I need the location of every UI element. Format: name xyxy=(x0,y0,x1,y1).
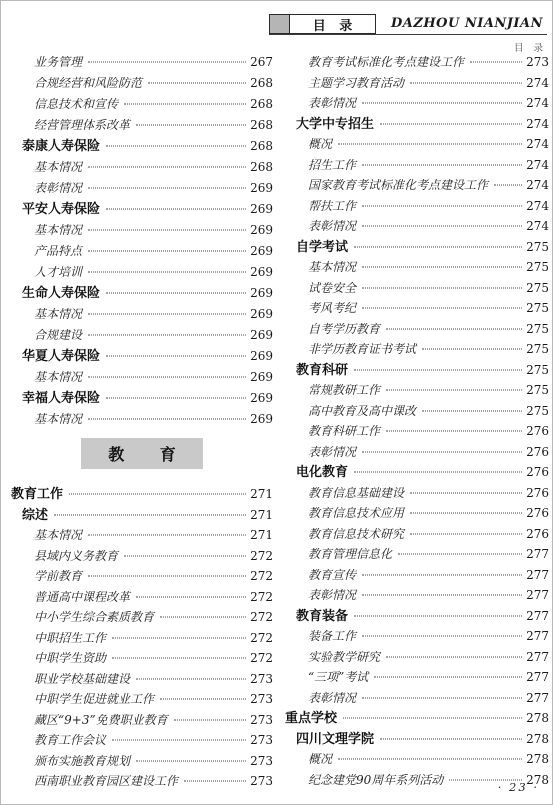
toc-entry: 中职学生资助 272 xyxy=(11,649,273,670)
dot-leader xyxy=(422,349,522,350)
entry-page-number: 268 xyxy=(250,116,273,135)
toc-box-title: 目 录 xyxy=(290,15,375,33)
dot-leader xyxy=(106,356,246,357)
entry-title: 中职学生资助 xyxy=(34,649,106,668)
entry-page-number: 268 xyxy=(250,74,273,93)
entry-page-number: 276 xyxy=(526,443,549,462)
entry-title: 学前教育 xyxy=(34,567,82,586)
entry-page-number: 274 xyxy=(526,115,549,134)
toc-entry: 主题学习教育活动 274 xyxy=(285,74,549,95)
dot-leader xyxy=(88,535,246,536)
entry-page-number: 271 xyxy=(250,506,273,525)
toc-entry: 普通高中课程改革 272 xyxy=(11,588,273,609)
header-gray-square xyxy=(270,15,290,33)
entry-page-number: 278 xyxy=(526,709,549,728)
entry-title: 教育工作 xyxy=(11,485,63,504)
entry-title: 产品特点 xyxy=(34,242,82,261)
running-head: 目 录 xyxy=(514,40,543,54)
toc-entry: 表彰情况 277 xyxy=(285,689,549,710)
toc-column-right: 教育考试标准化考点建设工作 273 主题学习教育活动 274 表彰情况 274 … xyxy=(285,53,549,791)
dot-leader xyxy=(494,185,522,186)
dot-leader xyxy=(184,781,246,782)
dot-leader xyxy=(88,576,246,577)
dot-leader xyxy=(112,637,246,638)
dot-leader xyxy=(106,293,246,294)
entry-title: 电化教育 xyxy=(296,463,348,482)
dot-leader xyxy=(374,677,522,678)
entry-page-number: 269 xyxy=(250,389,273,408)
entry-title: 主题学习教育活动 xyxy=(308,74,404,93)
toc-entry: 教育工作 271 xyxy=(11,485,273,506)
dot-leader xyxy=(362,103,522,104)
entry-title: 县域内义务教育 xyxy=(34,547,118,566)
dot-leader xyxy=(362,308,522,309)
toc-entry: 综述 271 xyxy=(11,506,273,527)
entry-page-number: 269 xyxy=(250,410,273,429)
toc-entry: 经营管理体系改革 268 xyxy=(11,116,273,137)
toc-entry: 国家教育考试标准化考点建设工作 274 xyxy=(285,176,549,197)
toc-entry: 业务管理 267 xyxy=(11,53,273,74)
entry-title: 教育装备 xyxy=(296,607,348,626)
entry-page-number: 274 xyxy=(526,94,549,113)
toc-header-box: 目 录 xyxy=(269,14,376,34)
entry-title: 表彰情况 xyxy=(308,443,356,462)
dot-leader xyxy=(362,164,522,165)
entry-page-number: 277 xyxy=(526,648,549,667)
toc-list-education-left: 教育工作 271 综述 271 基本情况 271 县域内义务教育 272 学前教 xyxy=(11,485,273,793)
entry-page-number: 268 xyxy=(250,158,273,177)
entry-page-number: 274 xyxy=(526,135,549,154)
entry-page-number: 269 xyxy=(250,305,273,324)
entry-title: 泰康人寿保险 xyxy=(22,137,100,156)
dot-leader xyxy=(362,205,522,206)
entry-page-number: 274 xyxy=(526,156,549,175)
entry-title: 纪念建党90周年系列活动 xyxy=(308,771,443,790)
entry-page-number: 273 xyxy=(526,53,549,72)
toc-entry: 泰康人寿保险 268 xyxy=(11,137,273,158)
toc-entry: 中小学生综合素质教育 272 xyxy=(11,608,273,629)
entry-title: 颁布实施教育规划 xyxy=(34,752,130,771)
entry-title: 平安人寿保险 xyxy=(22,200,100,219)
toc-entry: 试卷安全 275 xyxy=(285,279,549,300)
entry-page-number: 272 xyxy=(250,649,273,668)
toc-entry: 中职学生促进就业工作 273 xyxy=(11,690,273,711)
entry-title: 表彰情况 xyxy=(308,689,356,708)
entry-page-number: 269 xyxy=(250,221,273,240)
entry-title: 招生工作 xyxy=(308,156,356,175)
dot-leader xyxy=(174,719,246,720)
dot-leader xyxy=(136,760,246,761)
entry-page-number: 277 xyxy=(526,545,549,564)
entry-title: 重点学校 xyxy=(285,709,337,728)
entry-title: 国家教育考试标准化考点建设工作 xyxy=(308,176,488,195)
toc-entry: 华夏人寿保险 269 xyxy=(11,347,273,368)
entry-title: 教育工作会议 xyxy=(34,731,106,750)
dot-leader xyxy=(362,267,522,268)
toc-entry: 教育考试标准化考点建设工作 273 xyxy=(285,53,549,74)
entry-title: 人才培训 xyxy=(34,263,82,282)
entry-page-number: 271 xyxy=(250,526,273,545)
dot-leader xyxy=(88,419,246,420)
toc-entry: 概况 274 xyxy=(285,135,549,156)
toc-entry: 藏区“9+3”免费职业教育 273 xyxy=(11,711,273,732)
entry-page-number: 268 xyxy=(250,137,273,156)
toc-entry: 基本情况 271 xyxy=(11,526,273,547)
toc-entry: 表彰情况 274 xyxy=(285,217,549,238)
dot-leader xyxy=(386,390,522,391)
toc-entry: 教育装备 277 xyxy=(285,607,549,628)
dot-leader xyxy=(88,62,246,63)
toc-entry: 基本情况 275 xyxy=(285,258,549,279)
dot-leader xyxy=(362,697,522,698)
entry-title: 教育科研工作 xyxy=(308,422,380,441)
entry-page-number: 271 xyxy=(250,485,273,504)
entry-title: 基本情况 xyxy=(34,526,82,545)
entry-page-number: 269 xyxy=(250,326,273,345)
dot-leader xyxy=(410,533,522,534)
dot-leader xyxy=(354,615,522,616)
toc-entry: 信息技术和宣传 268 xyxy=(11,95,273,116)
dot-leader xyxy=(136,596,246,597)
entry-title: 表彰情况 xyxy=(308,586,356,605)
dot-leader xyxy=(54,514,246,515)
entry-title: 教育科研 xyxy=(296,361,348,380)
entry-title: 试卷安全 xyxy=(308,279,356,298)
toc-entry: 合规经营和风险防范 268 xyxy=(11,74,273,95)
toc-entry: 教育管理信息化 277 xyxy=(285,545,549,566)
entry-page-number: 272 xyxy=(250,567,273,586)
entry-title: 教育信息技术应用 xyxy=(308,504,404,523)
entry-title: 普通高中课程改革 xyxy=(34,588,130,607)
entry-title: 综述 xyxy=(22,506,48,525)
entry-title: 自学考试 xyxy=(296,238,348,257)
dot-leader xyxy=(136,125,246,126)
entry-title: 概况 xyxy=(308,135,332,154)
toc-entry: 县域内义务教育 272 xyxy=(11,547,273,568)
toc-entry: 招生工作 274 xyxy=(285,156,549,177)
entry-page-number: 277 xyxy=(526,607,549,626)
entry-page-number: 277 xyxy=(526,668,549,687)
dot-leader xyxy=(362,451,522,452)
entry-page-number: 277 xyxy=(526,689,549,708)
toc-entry: 教育信息基础建设 276 xyxy=(285,484,549,505)
toc-entry: 表彰情况 269 xyxy=(11,179,273,200)
dot-leader xyxy=(88,167,246,168)
toc-entry: 幸福人寿保险 269 xyxy=(11,389,273,410)
entry-title: 基本情况 xyxy=(34,368,82,387)
dot-leader xyxy=(354,246,522,247)
dot-leader xyxy=(88,230,246,231)
entry-page-number: 276 xyxy=(526,484,549,503)
dot-leader xyxy=(380,123,522,124)
entry-title: “三项”考试 xyxy=(308,668,368,687)
dot-leader xyxy=(380,738,522,739)
toc-list-insurance: 业务管理 267 合规经营和风险防范 268 信息技术和宣传 268 经营管理体… xyxy=(11,53,273,431)
entry-title: 高中教育及高中课改 xyxy=(308,402,416,421)
dot-leader xyxy=(338,144,522,145)
dot-leader xyxy=(470,62,522,63)
toc-entry: 基本情况 269 xyxy=(11,368,273,389)
entry-page-number: 275 xyxy=(526,238,549,257)
entry-title: 职业学校基础建设 xyxy=(34,670,130,689)
entry-page-number: 277 xyxy=(526,627,549,646)
toc-entry: 高中教育及高中课改 275 xyxy=(285,402,549,423)
entry-title: 装备工作 xyxy=(308,627,356,646)
dot-leader xyxy=(88,377,246,378)
entry-page-number: 275 xyxy=(526,340,549,359)
dot-leader xyxy=(398,554,522,555)
entry-page-number: 277 xyxy=(526,586,549,605)
entry-page-number: 273 xyxy=(250,752,273,771)
dot-leader xyxy=(410,513,522,514)
entry-title: 藏区“9+3”免费职业教育 xyxy=(34,711,168,730)
entry-title: 基本情况 xyxy=(34,410,82,429)
entry-title: 基本情况 xyxy=(34,221,82,240)
scanned-toc-page: 目 录 DAZHOU NIANJIAN 目 录 业务管理 267 合规经营和风险… xyxy=(0,0,553,805)
toc-entry: 基本情况 269 xyxy=(11,305,273,326)
entry-title: 表彰情况 xyxy=(34,179,82,198)
entry-title: 教育宣传 xyxy=(308,566,356,585)
dot-leader xyxy=(386,431,522,432)
entry-page-number: 273 xyxy=(250,711,273,730)
entry-page-number: 269 xyxy=(250,200,273,219)
dot-leader xyxy=(354,369,522,370)
dot-leader xyxy=(88,335,246,336)
folio-page-number: · 23 · xyxy=(498,780,539,794)
toc-entry: 教育科研 275 xyxy=(285,361,549,382)
toc-entry: 学前教育 272 xyxy=(11,567,273,588)
entry-page-number: 278 xyxy=(526,750,549,769)
entry-page-number: 277 xyxy=(526,566,549,585)
entry-page-number: 272 xyxy=(250,588,273,607)
toc-entry: 颁布实施教育规划 273 xyxy=(11,752,273,773)
entry-page-number: 269 xyxy=(250,347,273,366)
toc-entry: 四川文理学院 278 xyxy=(285,730,549,751)
toc-entry: 中职招生工作 272 xyxy=(11,629,273,650)
entry-page-number: 275 xyxy=(526,381,549,400)
dot-leader xyxy=(343,718,522,719)
entry-title: 中职招生工作 xyxy=(34,629,106,648)
toc-entry: 表彰情况 276 xyxy=(285,443,549,464)
entry-title: 幸福人寿保险 xyxy=(22,389,100,408)
toc-entry: 重点学校 278 xyxy=(285,709,549,730)
entry-page-number: 273 xyxy=(250,772,273,791)
entry-title: 非学历教育证书考试 xyxy=(308,340,416,359)
dot-leader xyxy=(69,494,246,495)
entry-page-number: 269 xyxy=(250,263,273,282)
dot-leader xyxy=(106,146,246,147)
entry-page-number: 275 xyxy=(526,258,549,277)
dot-leader xyxy=(386,656,522,657)
entry-title: 实验教学研究 xyxy=(308,648,380,667)
entry-title: 合规经营和风险防范 xyxy=(34,74,142,93)
entry-page-number: 274 xyxy=(526,217,549,236)
entry-page-number: 273 xyxy=(250,670,273,689)
toc-entry: 合规建设 269 xyxy=(11,326,273,347)
entry-page-number: 276 xyxy=(526,463,549,482)
toc-entry: 自考学历教育 275 xyxy=(285,320,549,341)
entry-page-number: 275 xyxy=(526,279,549,298)
entry-title: 常规教研工作 xyxy=(308,381,380,400)
entry-page-number: 272 xyxy=(250,608,273,627)
toc-entry: 基本情况 269 xyxy=(11,410,273,431)
toc-entry: 大学中专招生 274 xyxy=(285,115,549,136)
dot-leader xyxy=(362,226,522,227)
toc-entry: 自学考试 275 xyxy=(285,238,549,259)
entry-page-number: 269 xyxy=(250,368,273,387)
toc-entry: 教育信息技术研究 276 xyxy=(285,525,549,546)
entry-title: 教育信息基础建设 xyxy=(308,484,404,503)
dot-leader xyxy=(410,492,522,493)
entry-page-number: 276 xyxy=(526,504,549,523)
entry-title: 西南职业教育园区建设工作 xyxy=(34,772,178,791)
dot-leader xyxy=(136,678,246,679)
dot-leader xyxy=(112,658,246,659)
entry-page-number: 272 xyxy=(250,547,273,566)
entry-title: 表彰情况 xyxy=(308,94,356,113)
entry-title: 生命人寿保险 xyxy=(22,284,100,303)
dot-leader xyxy=(362,636,522,637)
dot-leader xyxy=(88,314,246,315)
toc-entry: 非学历教育证书考试 275 xyxy=(285,340,549,361)
entry-title: 教育信息技术研究 xyxy=(308,525,404,544)
entry-page-number: 275 xyxy=(526,402,549,421)
dot-leader xyxy=(354,472,522,473)
dot-leader xyxy=(160,699,246,700)
entry-page-number: 272 xyxy=(250,629,273,648)
toc-entry: 人才培训 269 xyxy=(11,263,273,284)
dot-leader xyxy=(124,104,246,105)
dot-leader xyxy=(362,287,522,288)
dot-leader xyxy=(148,83,246,84)
toc-entry: 职业学校基础建设 273 xyxy=(11,670,273,691)
toc-entry: 教育科研工作 276 xyxy=(285,422,549,443)
toc-entry: 基本情况 268 xyxy=(11,158,273,179)
entry-page-number: 269 xyxy=(250,284,273,303)
dot-leader xyxy=(106,209,246,210)
toc-entry: 实验教学研究 277 xyxy=(285,648,549,669)
entry-title: 教育管理信息化 xyxy=(308,545,392,564)
toc-entry: 产品特点 269 xyxy=(11,242,273,263)
entry-page-number: 267 xyxy=(250,53,273,72)
entry-page-number: 276 xyxy=(526,422,549,441)
toc-entry: 装备工作 277 xyxy=(285,627,549,648)
entry-page-number: 273 xyxy=(250,690,273,709)
dot-leader xyxy=(362,595,522,596)
dot-leader xyxy=(88,272,246,273)
entry-title: 帮扶工作 xyxy=(308,197,356,216)
toc-entry: 表彰情况 277 xyxy=(285,586,549,607)
entry-title: 教育考试标准化考点建设工作 xyxy=(308,53,464,72)
section-banner-education: 教 育 xyxy=(81,438,203,469)
toc-entry: 西南职业教育园区建设工作 273 xyxy=(11,772,273,793)
dot-leader xyxy=(88,188,246,189)
toc-entry: 电化教育 276 xyxy=(285,463,549,484)
entry-page-number: 274 xyxy=(526,176,549,195)
entry-title: 四川文理学院 xyxy=(296,730,374,749)
entry-page-number: 274 xyxy=(526,197,549,216)
entry-title: 基本情况 xyxy=(308,258,356,277)
toc-entry: 考风考纪 275 xyxy=(285,299,549,320)
toc-entry: “三项”考试 277 xyxy=(285,668,549,689)
header-rule xyxy=(269,34,547,35)
entry-page-number: 276 xyxy=(526,525,549,544)
toc-entry: 基本情况 269 xyxy=(11,221,273,242)
toc-entry: 平安人寿保险 269 xyxy=(11,200,273,221)
entry-title: 基本情况 xyxy=(34,158,82,177)
entry-title: 中小学生综合素质教育 xyxy=(34,608,154,627)
entry-page-number: 269 xyxy=(250,242,273,261)
entry-title: 业务管理 xyxy=(34,53,82,72)
dot-leader xyxy=(124,555,246,556)
book-title: DAZHOU NIANJIAN xyxy=(391,16,543,31)
toc-entry: 生命人寿保险 269 xyxy=(11,284,273,305)
entry-title: 概况 xyxy=(308,750,332,769)
entry-title: 经营管理体系改革 xyxy=(34,116,130,135)
entry-title: 合规建设 xyxy=(34,326,82,345)
entry-title: 基本情况 xyxy=(34,305,82,324)
toc-entry: 教育宣传 277 xyxy=(285,566,549,587)
entry-title: 中职学生促进就业工作 xyxy=(34,690,154,709)
entry-title: 表彰情况 xyxy=(308,217,356,236)
toc-column-left: 业务管理 267 合规经营和风险防范 268 信息技术和宣传 268 经营管理体… xyxy=(11,53,273,793)
entry-title: 自考学历教育 xyxy=(308,320,380,339)
entry-page-number: 275 xyxy=(526,299,549,318)
entry-page-number: 273 xyxy=(250,731,273,750)
toc-entry: 概况 278 xyxy=(285,750,549,771)
toc-entry: 常规教研工作 275 xyxy=(285,381,549,402)
entry-page-number: 275 xyxy=(526,320,549,339)
dot-leader xyxy=(386,328,522,329)
toc-entry: 教育工作会议 273 xyxy=(11,731,273,752)
dot-leader xyxy=(362,574,522,575)
dot-leader xyxy=(410,82,522,83)
dot-leader xyxy=(422,410,522,411)
entry-page-number: 268 xyxy=(250,95,273,114)
entry-page-number: 269 xyxy=(250,179,273,198)
entry-title: 华夏人寿保险 xyxy=(22,347,100,366)
dot-leader xyxy=(160,617,246,618)
toc-entry: 表彰情况 274 xyxy=(285,94,549,115)
toc-entry: 帮扶工作 274 xyxy=(285,197,549,218)
entry-title: 考风考纪 xyxy=(308,299,356,318)
entry-title: 大学中专招生 xyxy=(296,115,374,134)
dot-leader xyxy=(88,251,246,252)
entry-page-number: 275 xyxy=(526,361,549,380)
dot-leader xyxy=(338,759,522,760)
toc-entry: 教育信息技术应用 276 xyxy=(285,504,549,525)
entry-title: 信息技术和宣传 xyxy=(34,95,118,114)
dot-leader xyxy=(112,740,246,741)
entry-page-number: 274 xyxy=(526,74,549,93)
entry-page-number: 278 xyxy=(526,730,549,749)
dot-leader xyxy=(106,398,246,399)
